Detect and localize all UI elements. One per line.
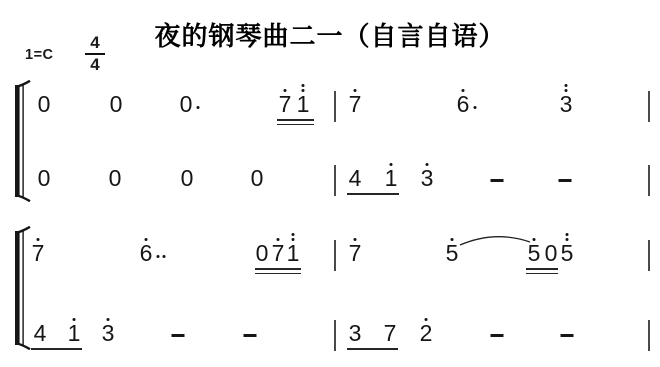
note-digit: 6	[457, 92, 470, 116]
octave-dot-above	[37, 238, 40, 241]
rest-digit: 0	[545, 241, 558, 265]
octave-dot-above	[277, 238, 280, 241]
duration-dash	[561, 334, 574, 337]
duration-dash	[244, 334, 257, 337]
note-digit: 5	[561, 241, 574, 265]
note-digit: 7	[272, 241, 285, 265]
note-digit: 4	[349, 166, 362, 190]
note-digit: 7	[384, 321, 397, 345]
octave-dot-above	[566, 238, 569, 241]
duration-dot	[197, 106, 200, 109]
octave-dot-above	[462, 89, 465, 92]
rest-digit: 0	[109, 166, 122, 190]
score-area: 0007176300004137607175505413372	[0, 0, 660, 367]
note-digit: 3	[560, 92, 573, 116]
octave-dot-above	[73, 318, 76, 321]
octave-dot-above	[284, 89, 287, 92]
octave-dot-above	[565, 84, 568, 87]
beam-line	[277, 119, 314, 121]
barline	[648, 320, 650, 351]
slur-tie-arc	[459, 233, 531, 252]
barline	[334, 165, 336, 196]
duration-dot	[157, 255, 160, 258]
octave-dot-above	[426, 163, 429, 166]
barline	[334, 320, 336, 351]
rest-digit: 0	[38, 166, 51, 190]
duration-dash	[559, 179, 572, 182]
duration-dash	[491, 179, 504, 182]
note-digit: 7	[279, 92, 292, 116]
note-digit: 2	[420, 321, 433, 345]
beam-line	[526, 268, 558, 270]
system-bracket	[13, 226, 33, 355]
beam-line	[347, 348, 398, 350]
sheet-music-page: 1=C 4 4 夜的钢琴曲二一（自言自语） 000717630000413760…	[0, 0, 660, 367]
barline	[648, 165, 650, 196]
octave-dot-above	[107, 318, 110, 321]
beam-line	[31, 348, 82, 350]
rest-digit: 0	[110, 92, 123, 116]
octave-dot-above	[145, 238, 148, 241]
rest-digit: 0	[38, 92, 51, 116]
rest-digit: 0	[256, 241, 269, 265]
octave-dot-above	[354, 89, 357, 92]
octave-dot-above	[354, 238, 357, 241]
duration-dot	[474, 106, 477, 109]
barline	[648, 91, 650, 122]
octave-dot-above	[302, 89, 305, 92]
note-digit: 3	[349, 321, 362, 345]
barline	[334, 91, 336, 122]
beam-line	[277, 124, 314, 126]
note-digit: 7	[32, 241, 45, 265]
note-digit: 7	[349, 92, 362, 116]
octave-dot-above	[566, 233, 569, 236]
note-digit: 1	[287, 241, 300, 265]
beam-line	[526, 273, 558, 275]
rest-digit: 0	[181, 166, 194, 190]
beam-line	[255, 268, 301, 270]
beam-line	[255, 273, 301, 275]
note-digit: 1	[68, 321, 81, 345]
note-digit: 7	[349, 241, 362, 265]
barline	[334, 240, 336, 271]
note-digit: 3	[421, 166, 434, 190]
octave-dot-above	[302, 84, 305, 87]
octave-dot-above	[533, 238, 536, 241]
octave-dot-above	[390, 163, 393, 166]
octave-dot-above	[425, 318, 428, 321]
system-bracket	[13, 80, 33, 207]
duration-dot	[163, 255, 166, 258]
note-digit: 5	[528, 241, 541, 265]
octave-dot-above	[292, 238, 295, 241]
note-digit: 1	[297, 92, 310, 116]
octave-dot-above	[451, 238, 454, 241]
rest-digit: 0	[180, 92, 193, 116]
note-digit: 5	[446, 241, 459, 265]
barline	[648, 240, 650, 271]
octave-dot-above	[292, 233, 295, 236]
note-digit: 3	[102, 321, 115, 345]
octave-dot-above	[565, 89, 568, 92]
rest-digit: 0	[251, 166, 264, 190]
note-digit: 1	[385, 166, 398, 190]
duration-dash	[172, 334, 185, 337]
note-digit: 4	[34, 321, 47, 345]
note-digit: 6	[140, 241, 153, 265]
duration-dash	[491, 334, 504, 337]
beam-line	[347, 193, 399, 195]
